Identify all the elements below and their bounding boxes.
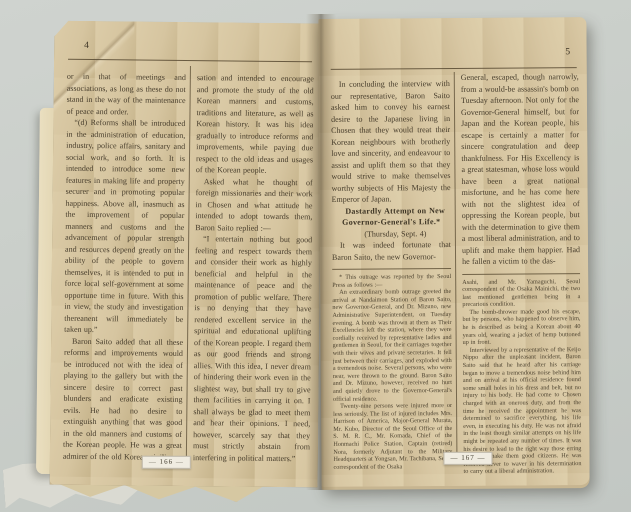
page-number-right: 5 [565,47,570,57]
left-page-column-1: or in that of meetings and associations,… [63,71,186,462]
paragraph: “I entertain nothing but good feeling an… [193,233,312,464]
book-photo-scene: 4 or in that of meetings and association… [0,0,631,512]
paragraph: In concluding the interview with our rep… [331,78,451,205]
footnote-paragraph: * This outrage was reported by the Seoul… [332,273,451,289]
footnote-block: * This outrage was reported by the Seoul… [332,268,452,471]
column-divider-right [454,72,458,464]
paragraph: or in that of meetings and associations,… [66,71,185,118]
right-page-column-1: In concluding the interview with our rep… [331,78,453,479]
footnote-paragraph: An extraordinary bomb outrage greeted th… [332,288,452,403]
paragraph: Asked what he thought of foreign mission… [195,176,313,235]
footnote-paragraph: Twenty-nine persons were injured more or… [333,402,452,471]
footer-page-number-slip-right: — 167 — [443,452,492,465]
footer-page-number-slip-left: — 166 — [142,456,191,469]
left-page-column-2: sation and intended to encourage and pro… [193,72,314,465]
footnote-paragraph: The bomb-thrower made good his escape, b… [462,308,580,347]
right-page-column-2: General, escaped, though narrowly, from … [461,71,582,480]
paragraph: It was indeed fortunate that Baron Saito… [332,239,451,263]
paragraph: “(d) Reforms shall be introduced in the … [64,117,185,337]
article-dateline: (Thursday, Sept. 4) [332,228,451,240]
paragraph: sation and intended to encourage and pro… [196,72,314,177]
header-rule-right [331,67,577,70]
paragraph: Baron Saito added that all these reforms… [63,335,183,462]
footnote-block: Asahi, and Mr. Yamaguchi, Seoul correspo… [462,273,581,476]
footnote-paragraph: Asahi, and Mr. Yamaguchi, Seoul correspo… [462,278,580,309]
page-number-left: 4 [84,41,89,51]
column-divider-left [186,66,191,460]
paragraph: General, escaped, though narrowly, from … [461,71,580,267]
article-headline: Dastardly Attempt on New Governor-Genera… [332,205,451,229]
left-page: 4 or in that of meetings and association… [50,21,323,488]
right-page: 5 In concluding the interview with our r… [318,17,589,487]
